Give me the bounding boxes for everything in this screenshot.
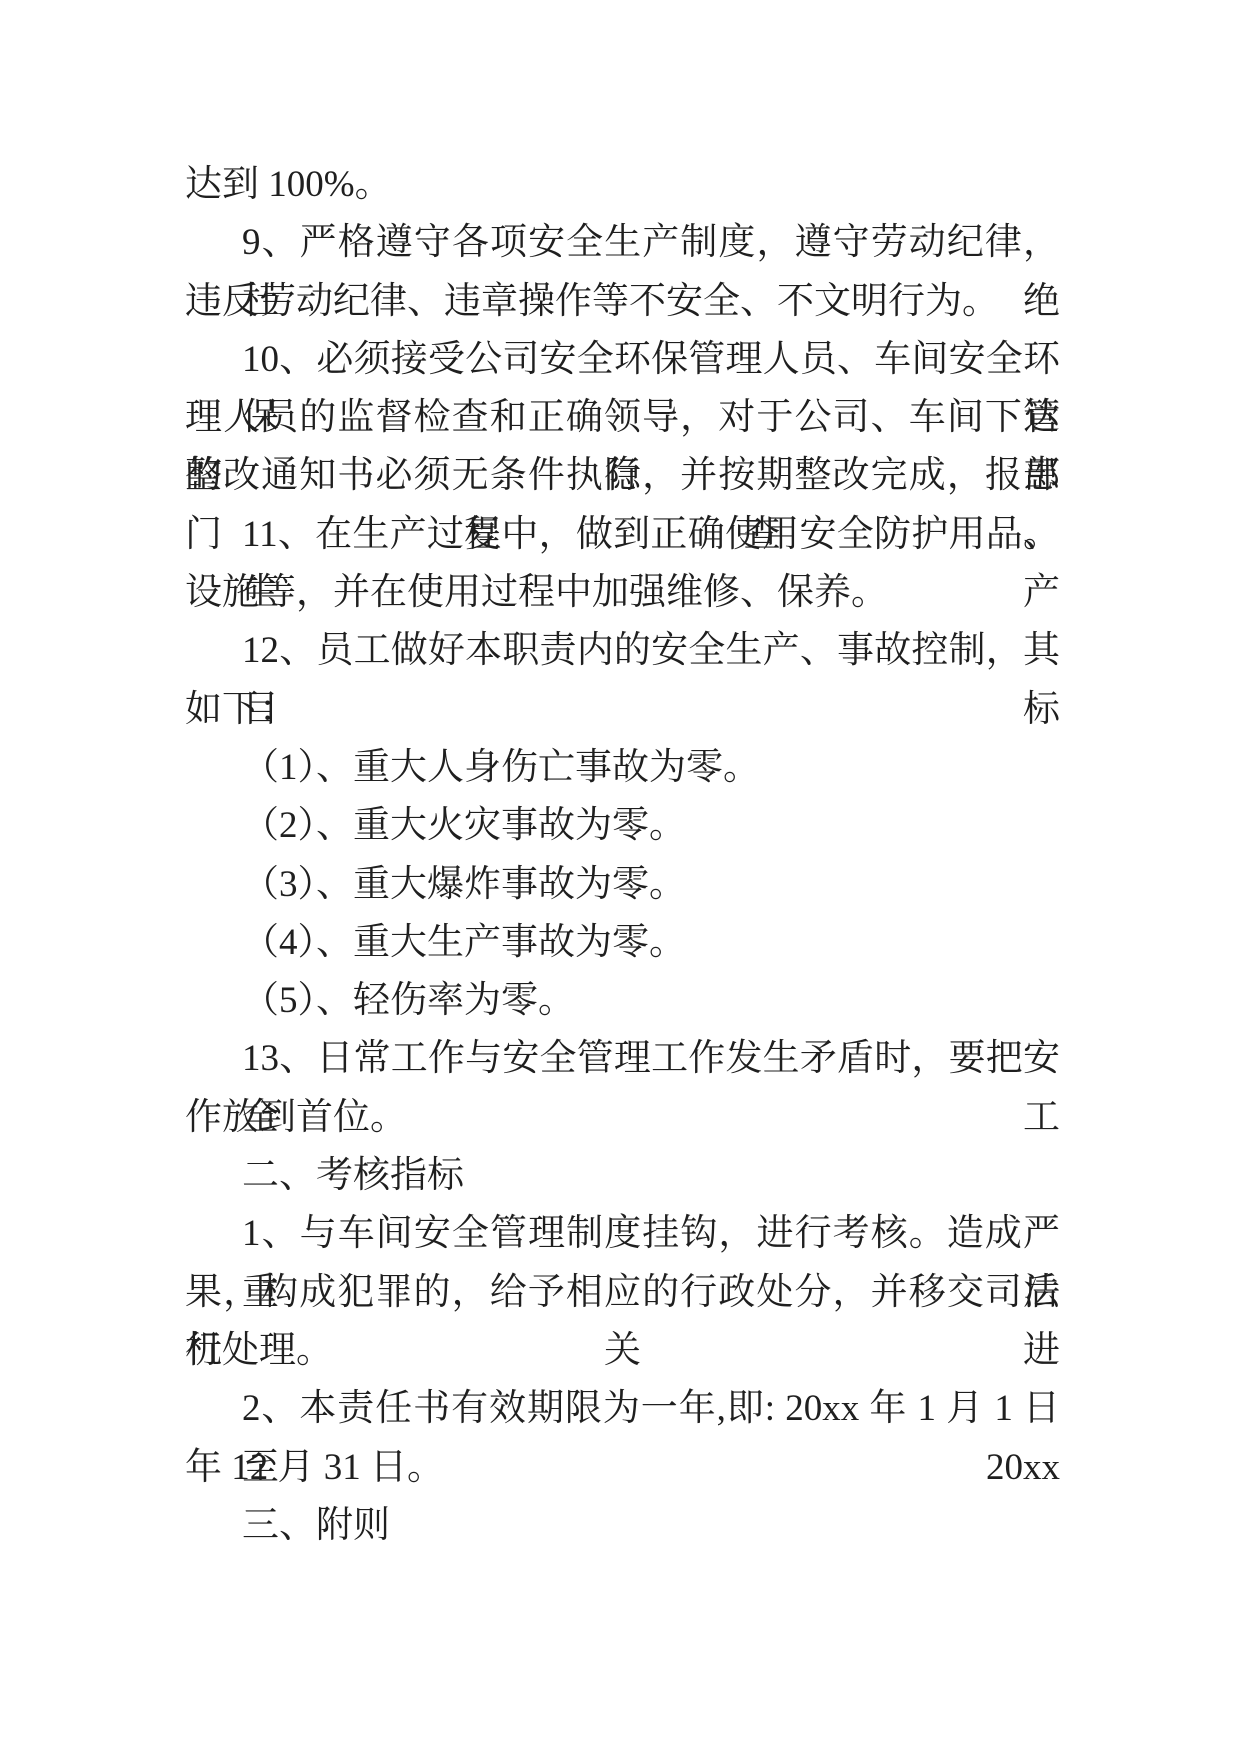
text-line: 二、考核指标 — [185, 1147, 1060, 1205]
text-line: 达到 100%。 — [185, 156, 1060, 214]
text-line: 整改通知书必须无条件执行，并按期整改完成，报部门复查。 — [185, 447, 1060, 505]
document-body: 达到 100%。9、严格遵守各项安全生产制度，遵守劳动纪律，杜绝违反劳动纪律、违… — [185, 156, 1060, 1555]
text-line: 9、严格遵守各项安全生产制度，遵守劳动纪律，杜绝 — [185, 214, 1060, 272]
text-line: 11、在生产过程中，做到正确使用安全防护用品、生产 — [185, 506, 1060, 564]
text-line: 2、本责任书有效期限为一年,即: 20xx 年 1 月 1 日至 20xx — [185, 1380, 1060, 1438]
text-line: 13、日常工作与安全管理工作发生矛盾时，要把安全工 — [185, 1030, 1060, 1088]
text-line: （5）、轻伤率为零。 — [185, 972, 1060, 1030]
text-line: （2）、重大火灾事故为零。 — [185, 797, 1060, 855]
text-line: 三、附则 — [185, 1497, 1060, 1555]
document-page: 达到 100%。9、严格遵守各项安全生产制度，遵守劳动纪律，杜绝违反劳动纪律、违… — [0, 0, 1241, 1754]
text-line: 1、与车间安全管理制度挂钩，进行考核。造成严重后 — [185, 1205, 1060, 1263]
text-line: 违反劳动纪律、违章操作等不安全、不文明行为。 — [185, 273, 1060, 331]
text-line: 理人员的监督检查和正确领导，对于公司、车间下达的隐患 — [185, 389, 1060, 447]
text-line: （1）、重大人身伤亡事故为零。 — [185, 739, 1060, 797]
text-line: 12、员工做好本职责内的安全生产、事故控制，其目标 — [185, 622, 1060, 680]
text-line: （4）、重大生产事故为零。 — [185, 914, 1060, 972]
text-line: 10、必须接受公司安全环保管理人员、车间安全环保管 — [185, 331, 1060, 389]
text-line: （3）、重大爆炸事故为零。 — [185, 856, 1060, 914]
text-line: 果，构成犯罪的，给予相应的行政处分，并移交司法机关进 — [185, 1264, 1060, 1322]
